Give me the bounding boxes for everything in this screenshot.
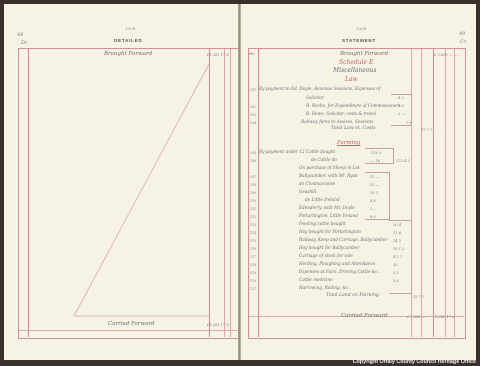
- farming-line-text: Portarlington, Little Ireland: [299, 213, 358, 218]
- farming-line-text: Carriage of stock for sale: [299, 253, 353, 258]
- left-carried-forward-amount: £1,281 17 6: [207, 323, 229, 327]
- farming-line-text: Edenderry, with Mr. Doyle: [299, 205, 355, 210]
- farming-line-number: 108: [250, 183, 256, 187]
- law-line-text: By payment to Ed. Doyle, Revenue Session…: [259, 86, 380, 91]
- right-carried-forward-amount-2: 1,281 17 6: [435, 315, 454, 319]
- law-line-number: 102: [250, 105, 256, 109]
- right-page-year: 1904: [356, 26, 366, 31]
- farming-line-text: do Clonmacnoise: [299, 181, 335, 186]
- law-subtotal-bracket: [391, 94, 412, 126]
- farming-line-text: Hay bought for Ballycumber: [299, 245, 359, 250]
- farming-line-number: 113: [250, 223, 256, 227]
- law-total-label: Total Law et. Costs: [331, 126, 376, 131]
- farming-line-number: 114: [250, 231, 256, 235]
- law-line-number: 104: [250, 121, 256, 125]
- farming-line-number: 112: [250, 215, 256, 219]
- law-line-text: Railway fares to Assizes, Sessions: [301, 119, 373, 124]
- farming-line-text: Geashill: [299, 189, 316, 194]
- farming-line-number: 115: [250, 239, 256, 243]
- farming-line-text: Cattle medicine: [299, 277, 333, 282]
- farming-line-text: Hay bought for Portarlington: [299, 229, 361, 234]
- farming-expenses-bracket: [389, 220, 412, 294]
- copyright-watermark: Copyright Offaly County Council Heritage…: [353, 359, 476, 365]
- left-bottom-rule: [19, 330, 237, 331]
- farming-line-text: On purchase of Sheep in Lot: [299, 165, 360, 170]
- farming-line-number: 117: [250, 255, 256, 259]
- left-page: 48 Dr. 1904 DETAILED Brought Forward £1,…: [4, 4, 239, 360]
- section-heading-farming: Farming: [337, 140, 360, 146]
- farming-total-label: Total Land on Farming: [326, 293, 379, 298]
- schedule-heading: Schedule E: [339, 59, 373, 66]
- right-amount-rule-shillings: [445, 49, 446, 337]
- farming-sheep-bracket: [365, 172, 390, 220]
- right-brought-forward-label: Brought Forward: [340, 51, 388, 57]
- farming-line-number: 107: [250, 175, 256, 179]
- farming-line-number: 111: [250, 207, 256, 211]
- section-heading-miscellaneous: Miscellaneous: [333, 67, 376, 74]
- farming-total-amount: 12 7 7: [413, 295, 424, 299]
- farming-line-number: 116: [250, 247, 256, 251]
- law-line-number: 103: [250, 113, 256, 117]
- farming-line-text: Herding, Ploughing and Attendance: [299, 261, 375, 266]
- right-page: 49 Cr. 1904 STATEMENT Fo. Brought Forwar…: [241, 4, 476, 360]
- farming-cattle-bracket: [365, 148, 394, 164]
- farming-line-text: Feeding cattle bought: [299, 221, 346, 226]
- farming-line-text: do Little Ireland: [305, 197, 340, 202]
- farming-line-text: Expenses at Fairs, Droving Cattle &c.: [299, 269, 379, 274]
- folio-column-header: Fo.: [249, 51, 255, 56]
- law-line-text: R. Rowe, Solicitor, costs & travel: [306, 111, 376, 116]
- right-brought-forward-amount: £ 2,000 — —: [434, 53, 457, 57]
- right-page-side-label: Cr.: [460, 39, 467, 45]
- farming-line-number: 106: [250, 159, 256, 163]
- right-inner-amount-rule-2: [421, 49, 422, 337]
- farming-line-number: 118: [250, 263, 256, 267]
- farming-line-number: 105: [250, 151, 256, 155]
- farming-line-text: Harrowing, Rolling, &c.: [299, 285, 350, 290]
- farming-subtotal-amount: 273 4 3: [396, 159, 410, 163]
- law-line-text: Solicitor: [306, 95, 324, 100]
- right-page-title: STATEMENT: [342, 38, 376, 43]
- farming-line-number: 120: [250, 279, 256, 283]
- right-folio-rule: [258, 49, 259, 337]
- open-ledger-book: 48 Dr. 1904 DETAILED Brought Forward £1,…: [4, 4, 478, 362]
- farming-line-number: 119: [250, 271, 256, 275]
- right-carried-forward-label: Carried Forward: [341, 313, 388, 319]
- farming-line-text: do Cattle do: [311, 157, 337, 162]
- right-carried-forward-amount: £ 2,000 —: [407, 315, 425, 319]
- farming-line-text: Ballycumber, with Mr. Ryan: [299, 173, 358, 178]
- cancel-stroke-diagonal: [4, 4, 238, 360]
- right-amount-rule-pence: [454, 49, 455, 337]
- right-amount-rule-pounds: [433, 49, 434, 337]
- farming-line-text: Railway, Keep and Carriage, Ballycumber: [299, 237, 387, 242]
- farming-line-number: 109: [250, 191, 256, 195]
- law-line-text: R. Roche, for Expenditure of Commissione…: [306, 103, 400, 108]
- right-page-number: 49: [459, 31, 465, 37]
- law-total-amount: 12 7 7: [421, 128, 432, 132]
- section-heading-law: Law: [345, 76, 358, 83]
- farming-line-number: 110: [250, 199, 256, 203]
- left-carried-forward-label: Carried Forward: [108, 321, 155, 327]
- farming-line-number: 121: [250, 287, 256, 291]
- law-line-number: 101: [250, 88, 256, 92]
- farming-line-text: By payment under 12 Cattle bought: [259, 149, 335, 154]
